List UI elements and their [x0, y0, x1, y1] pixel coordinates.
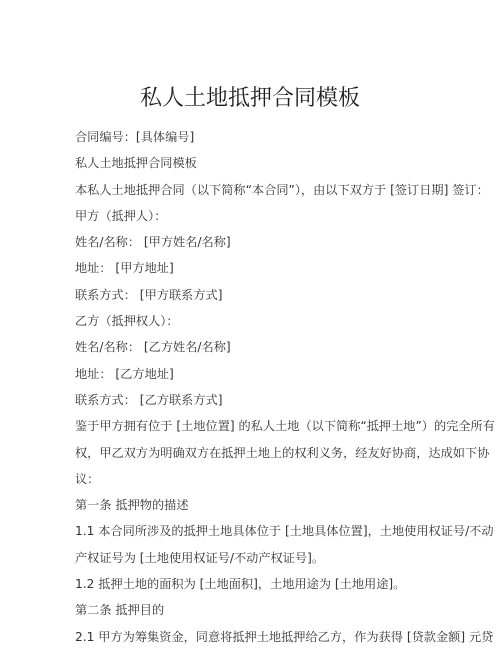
party-a-name: 姓名/名称： [甲方姓名/名称]	[75, 229, 427, 255]
document-body: 合同编号：[具体编号] 私人土地抵押合同模板 本私人土地抵押合同（以下简称“本合…	[75, 124, 427, 650]
article-1-heading: 第一条 抵押物的描述	[75, 492, 427, 518]
recital-line-1: 鉴于甲方拥有位于 [土地位置] 的私人土地（以下简称“抵押土地”）的完全所有	[75, 413, 427, 439]
party-b-contact: 联系方式： [乙方联系方式]	[75, 387, 427, 413]
document-title: 私人土地抵押合同模板	[0, 84, 500, 114]
clause-1-2: 1.2 抵押土地的面积为 [土地面积]，土地用途为 [土地用途]。	[75, 571, 427, 597]
clause-1-1-line-1: 1.1 本合同所涉及的抵押土地具体位于 [土地具体位置]，土地使用权证号/不动	[75, 518, 427, 544]
party-a-contact: 联系方式： [甲方联系方式]	[75, 282, 427, 308]
document-page: 私人土地抵押合同模板 合同编号：[具体编号] 私人土地抵押合同模板 本私人土地抵…	[0, 0, 500, 657]
party-b-heading: 乙方（抵押权人）：	[75, 308, 427, 334]
party-b-name: 姓名/名称： [乙方姓名/名称]	[75, 334, 427, 360]
recital-line-3: 议：	[75, 466, 427, 492]
contract-number-line: 合同编号：[具体编号]	[75, 124, 427, 150]
recital-line-2: 权，甲乙双方为明确双方在抵押土地上的权利义务，经友好协商，达成如下协	[75, 440, 427, 466]
article-2-heading: 第二条 抵押目的	[75, 597, 427, 623]
clause-1-1-line-2: 产权证号为 [土地使用权证号/不动产权证号]。	[75, 545, 427, 571]
party-a-address: 地址： [甲方地址]	[75, 255, 427, 281]
clause-2-1-line-1: 2.1 甲方为筹集资金，同意将抵押土地抵押给乙方，作为获得 [贷款金额] 元贷	[75, 624, 427, 650]
party-a-heading: 甲方（抵押人）：	[75, 203, 427, 229]
preamble-line: 本私人土地抵押合同（以下简称“本合同”），由以下双方于 [签订日期] 签订：	[75, 177, 427, 203]
party-b-address: 地址： [乙方地址]	[75, 361, 427, 387]
contract-name-line: 私人土地抵押合同模板	[75, 150, 427, 176]
